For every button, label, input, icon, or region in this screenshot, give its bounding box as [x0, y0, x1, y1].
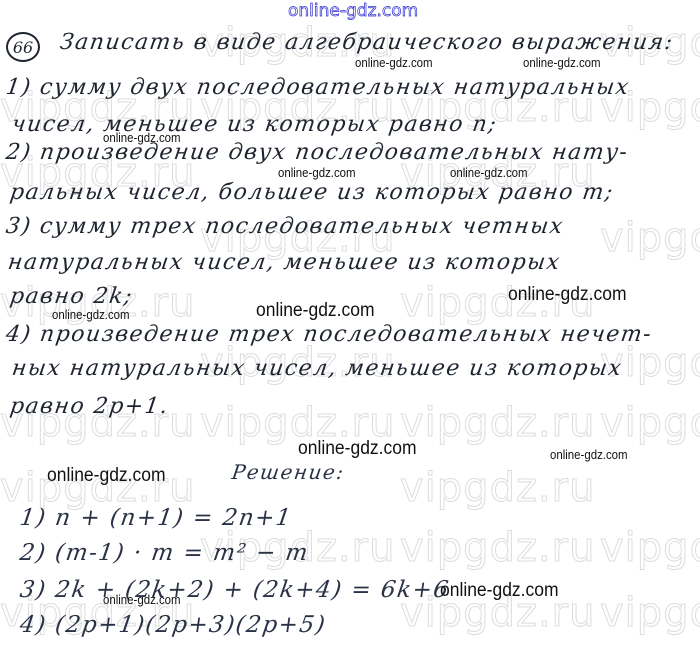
site-watermark: online-gdz.com — [450, 165, 528, 180]
background-watermark: vipgdz.ru — [400, 400, 595, 446]
site-watermark: online-gdz.com — [298, 438, 417, 460]
task-4-line-3: равно 2p+1. — [8, 394, 170, 419]
background-watermark: vipgdz.ru — [400, 465, 595, 511]
task-4-line-1: 4) произведение трех последовательных не… — [4, 322, 654, 347]
site-watermark: online-gdz.com — [52, 307, 130, 322]
site-watermark: online-gdz.com — [103, 592, 181, 607]
background-watermark: vipgdz.ru — [600, 400, 700, 446]
site-watermark: online-gdz.com — [550, 447, 628, 462]
site-watermark: online-gdz.com — [440, 580, 559, 602]
task-3-line-1: 3) сумму трех последовательных четных — [4, 214, 565, 239]
task-3-line-3: равно 2k; — [8, 284, 134, 309]
site-watermark: online-gdz.com — [47, 465, 166, 487]
homework-page: vipgdz.ru vipgdz.ru vipgdz.ru vipgdz.ru … — [0, 0, 700, 655]
problem-title: Записать в виде алгебраического выражени… — [58, 30, 675, 55]
task-4-line-2: ных натуральных чисел, меньшее из которы… — [10, 356, 624, 381]
problem-number: 66 — [6, 32, 40, 62]
task-2-line-1: 2) произведение двух последовательных на… — [4, 140, 630, 165]
background-watermark: vipgdz.ru — [400, 525, 595, 571]
task-1-line-2: чисел, меньшее из которых равно n; — [10, 112, 499, 137]
site-watermark: online-gdz.com — [355, 55, 433, 70]
site-watermark: online-gdz.com — [523, 55, 601, 70]
solution-3: 3) 2k + (2k+2) + (2k+4) = 6k+6 — [18, 577, 451, 603]
solution-heading: Решение: — [230, 460, 346, 484]
top-watermark: online-gdz.com — [288, 1, 418, 21]
site-watermark: online-gdz.com — [278, 165, 356, 180]
solution-4: 4) (2p+1)(2p+3)(2p+5) — [18, 612, 328, 638]
background-watermark: vipgdz.ru — [600, 590, 700, 636]
background-watermark: vipgdz.ru — [600, 525, 700, 571]
background-watermark: vipgdz.ru — [600, 215, 700, 261]
site-watermark: online-gdz.com — [508, 284, 627, 306]
site-watermark: online-gdz.com — [256, 300, 375, 322]
task-3-line-2: натуральных чисел, меньшее из которых — [6, 250, 562, 275]
task-2-line-2: ральных чисел, большее из которых равно … — [8, 180, 615, 205]
task-1-line-1: 1) сумму двух последовательных натуральн… — [4, 75, 631, 100]
solution-1: 1) n + (n+1) = 2n+1 — [18, 505, 294, 531]
site-watermark: online-gdz.com — [103, 130, 181, 145]
solution-2: 2) (m-1) · m = m² − m — [18, 540, 311, 566]
